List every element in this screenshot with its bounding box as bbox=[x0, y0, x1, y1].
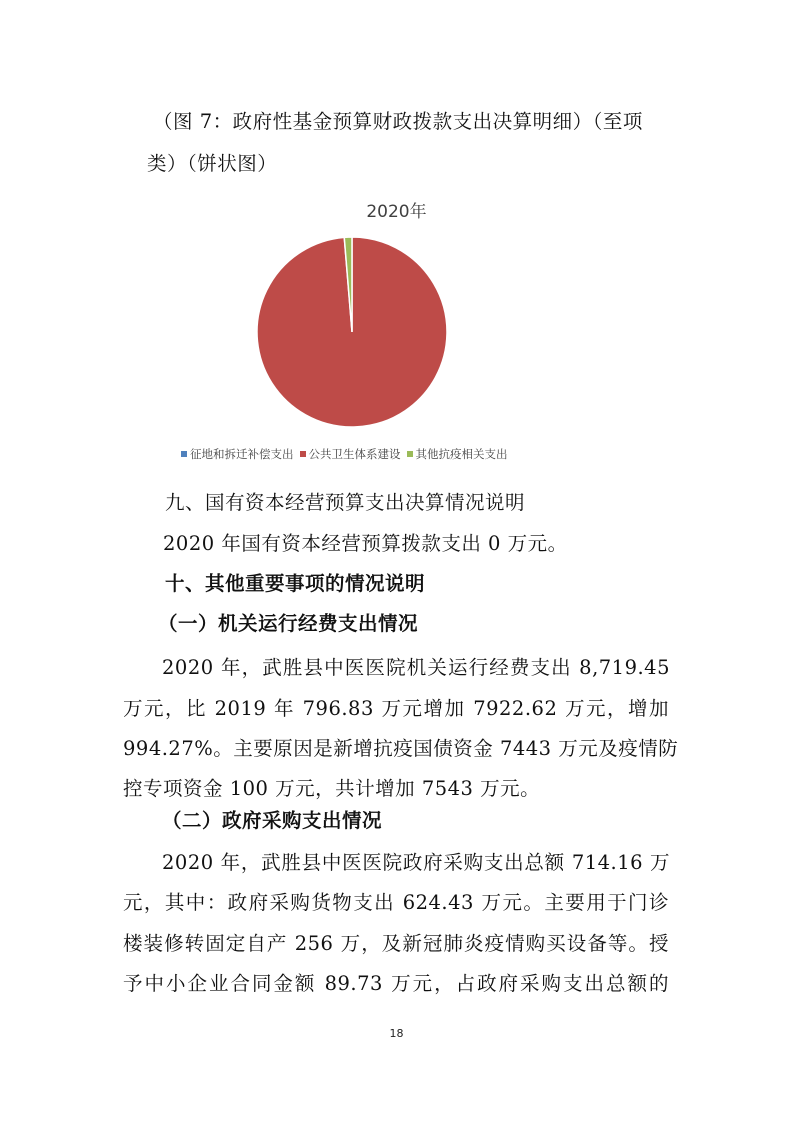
figure-caption-line-1: （图 7：政府性基金预算财政拨款支出决算明细）（至项 bbox=[153, 106, 643, 134]
legend-label: 公共卫生体系建设 bbox=[309, 446, 401, 462]
paragraph-line: 元，其中：政府采购货物支出 624.43 万元。主要用于门诊 bbox=[123, 887, 669, 915]
paragraph-line: 万元，比 2019 年 796.83 万元增加 7922.62 万元，增加 bbox=[123, 693, 669, 721]
legend-item-public-health: 公共卫生体系建设 bbox=[300, 446, 401, 462]
paragraph-line: 控专项资金 100 万元，共计增加 7543 万元。 bbox=[123, 773, 540, 801]
chart-title: 2020年 bbox=[0, 197, 793, 222]
legend-swatch-blue-icon bbox=[181, 451, 187, 457]
legend-item-land: 征地和拆迁补偿支出 bbox=[181, 446, 294, 462]
chart-legend: 征地和拆迁补偿支出 公共卫生体系建设 其他抗疫相关支出 bbox=[181, 446, 508, 462]
figure-caption-line-2: 类）（饼状图） bbox=[147, 148, 277, 176]
section-10-1-heading: （一）机关运行经费支出情况 bbox=[158, 608, 418, 636]
legend-label: 其他抗疫相关支出 bbox=[416, 446, 508, 462]
legend-label: 征地和拆迁补偿支出 bbox=[190, 446, 294, 462]
section-10-2-heading: （二）政府采购支出情况 bbox=[162, 805, 382, 833]
paragraph-line: 994.27%。主要原因是新增抗疫国债资金 7443 万元及疫情防 bbox=[123, 733, 669, 761]
paragraph-line: 予中小企业合同金额 89.73 万元，占政府采购支出总额的 bbox=[123, 968, 669, 996]
pie-chart bbox=[256, 236, 448, 428]
paragraph-line: 楼装修转固定自产 256 万，及新冠肺炎疫情购买设备等。授 bbox=[123, 928, 669, 956]
paragraph-line: 2020 年，武胜县中医医院政府采购支出总额 714.16 万 bbox=[162, 847, 670, 875]
section-9-text: 2020 年国有资本经营预算拨款支出 0 万元。 bbox=[163, 528, 568, 556]
page-number: 18 bbox=[0, 1027, 793, 1040]
paragraph-line: 2020 年，武胜县中医医院机关运行经费支出 8,719.45 bbox=[162, 652, 670, 680]
section-9-heading: 九、国有资本经营预算支出决算情况说明 bbox=[165, 487, 525, 515]
legend-swatch-red-icon bbox=[300, 451, 306, 457]
legend-swatch-green-icon bbox=[407, 451, 413, 457]
legend-item-epidemic: 其他抗疫相关支出 bbox=[407, 446, 508, 462]
section-10-heading: 十、其他重要事项的情况说明 bbox=[165, 568, 425, 596]
